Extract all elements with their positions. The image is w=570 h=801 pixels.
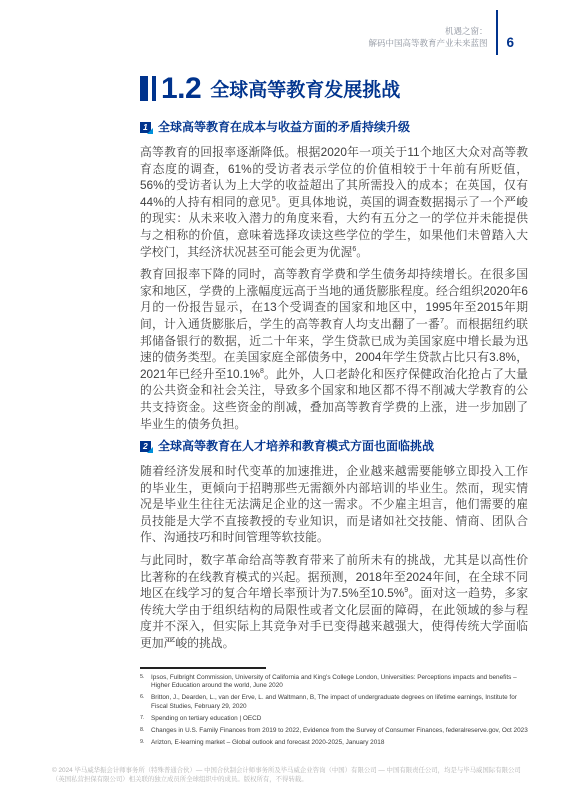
footnote-reference: 7 bbox=[440, 318, 444, 325]
report-title-eyebrow: 机遇之窗： 解码中国高等教育产业未来蓝图 bbox=[368, 10, 487, 55]
section-number: 1.2 bbox=[161, 76, 201, 101]
subsection-heading-1: 1 全球高等教育在成本与收益方面的矛盾持续升级 bbox=[140, 120, 528, 134]
title-bar-thin bbox=[152, 76, 156, 101]
footnote-text: Britton, J., Dearden, L., van der Erve, … bbox=[151, 694, 530, 710]
footnote-divider bbox=[140, 667, 266, 669]
footnote: 5. Ipsos, Fulbright Commission, Universi… bbox=[140, 674, 530, 690]
footnote-marker: 6. bbox=[140, 693, 151, 709]
footnote-marker: 7. bbox=[140, 714, 151, 722]
body-paragraph: 随着经济发展和时代变革的加速推进，企业越来越需要能够立即投入工作的毕业生，更倾向… bbox=[140, 463, 528, 546]
report-page: 机遇之窗： 解码中国高等教育产业未来蓝图 6 1.2 全球高等教育发展挑战 1 … bbox=[0, 0, 570, 801]
footnote-reference: 9 bbox=[404, 587, 408, 594]
badge-corner-icon bbox=[147, 128, 153, 134]
subsection-heading-2: 2 全球高等教育在人才培养和教育模式方面也面临挑战 bbox=[140, 439, 528, 453]
footnote-marker: 9. bbox=[140, 738, 151, 746]
footnote: 7. Spending on tertiary education | OECD bbox=[140, 715, 530, 723]
running-header: 机遇之窗： 解码中国高等教育产业未来蓝图 6 bbox=[368, 10, 514, 55]
body-paragraph: 与此同时，数字革命给高等教育带来了前所未有的挑战，尤其是以高性价比著称的在线教育… bbox=[140, 552, 528, 652]
footnote-reference: 5 bbox=[272, 196, 276, 203]
footnote: 6. Britton, J., Dearden, L., van der Erv… bbox=[140, 694, 530, 710]
main-content: 1.2 全球高等教育发展挑战 1 全球高等教育在成本与收益方面的矛盾持续升级 高… bbox=[140, 74, 528, 652]
footnote-text: Arizton, E-learning market – Global outl… bbox=[151, 739, 384, 747]
title-bar-thick bbox=[140, 76, 148, 101]
body-paragraph: 教育回报率下降的同时，高等教育学费和学生债务却持续增长。在很多国家和地区，学费的… bbox=[140, 266, 528, 432]
subsection-badge-1: 1 bbox=[140, 122, 151, 133]
footnote: 8. Changes in U.S. Family Finances from … bbox=[140, 727, 530, 735]
copyright-footer: © 2024 毕马威华振会计师事务所（特殊普通合伙）— 中国合伙制会计师事务所及… bbox=[52, 766, 522, 784]
badge-corner-icon bbox=[147, 447, 153, 453]
footnote-marker: 8. bbox=[140, 726, 151, 734]
footnote-text: Spending on tertiary education | OECD bbox=[151, 715, 261, 723]
footnote-marker: 5. bbox=[140, 673, 151, 689]
subsection-heading-text: 全球高等教育在人才培养和教育模式方面也面临挑战 bbox=[158, 439, 434, 453]
subsection-badge-2: 2 bbox=[140, 441, 151, 452]
eyebrow-line2: 解码中国高等教育产业未来蓝图 bbox=[368, 38, 487, 50]
footnote: 9. Arizton, E-learning market – Global o… bbox=[140, 739, 530, 747]
section-title: 1.2 全球高等教育发展挑战 bbox=[140, 74, 528, 101]
subsection-heading-text: 全球高等教育在成本与收益方面的矛盾持续升级 bbox=[158, 120, 410, 134]
section-title-text: 全球高等教育发展挑战 bbox=[210, 80, 400, 101]
footnote-reference: 6 bbox=[352, 246, 356, 253]
eyebrow-line1: 机遇之窗： bbox=[368, 26, 487, 38]
footnotes-block: 5. Ipsos, Fulbright Commission, Universi… bbox=[140, 667, 530, 751]
page-number: 6 bbox=[506, 10, 514, 55]
footnote-text: Changes in U.S. Family Finances from 201… bbox=[151, 727, 528, 735]
footnote-text: Ipsos, Fulbright Commission, University … bbox=[151, 674, 530, 690]
header-divider bbox=[496, 10, 498, 55]
footnote-reference: 8 bbox=[260, 368, 264, 375]
body-paragraph: 高等教育的回报率逐渐降低。根据2020年一项关于11个地区大众对高等教育态度的调… bbox=[140, 144, 528, 260]
